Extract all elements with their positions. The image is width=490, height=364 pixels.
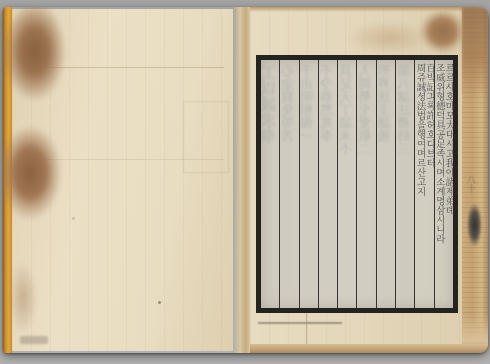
text-block: 工以誠求奉 心金寫免勞苦 千由明相㑥一 不令恭然兆奉 具足天丁諳米不 人間勢至愛… [256, 55, 458, 313]
ink-smudge [467, 203, 482, 247]
photo-background: 工以誠求奉 心金寫免勞苦 千由明相㑥一 不令恭然兆奉 具足天丁諳米不 人間勢至愛… [0, 0, 490, 364]
fox-spot [72, 217, 75, 220]
faint-transfer-text: 心金寫免勞苦 [283, 64, 296, 142]
text-column-printed: 百빅記긔록許허호디브터 周쥬誠셩法법을행여며르산고지 [415, 60, 434, 308]
edge-stain [462, 7, 488, 99]
border-ghost-line [258, 322, 342, 324]
water-stain [346, 21, 432, 55]
faint-transfer-text: 形界送圭諸後 [379, 64, 392, 142]
text-column-faint: 形界送圭諸後 [377, 60, 396, 308]
printed-text-left-line: 周쥬誠셩法법을행여며르산고지 [415, 63, 424, 308]
printed-text-left-line: 조威위형德덕具공足족시며소계명삼시니라 [435, 63, 444, 308]
text-column-faint: 千由明相㑥一 [300, 60, 319, 308]
text-column-faint: 人間勢至愛敬二 [357, 60, 376, 308]
bottom-page-edges [250, 344, 488, 353]
folio-mark: 八十 [464, 175, 477, 193]
page-edges: 八十 [462, 7, 488, 353]
faint-transfer-text: 具足天丁諳米不 [341, 64, 354, 155]
text-column-faint: 具足天丁諳米不 [338, 60, 357, 308]
water-stain [8, 259, 38, 337]
fox-spot [158, 301, 161, 304]
text-column-faint: 心金寫免勞苦 [280, 60, 299, 308]
faint-transfer-text: 第八諸法禮終三 [399, 64, 412, 155]
text-column-faint: 工以誠求奉 [261, 60, 280, 308]
pencil-inscription [20, 336, 48, 344]
show-through-mark [183, 101, 229, 173]
faint-transfer-text: 工以誠求奉 [262, 64, 278, 144]
open-book: 工以誠求奉 心金寫免勞苦 千由明相㑥一 不令恭然兆奉 具足天丁諳米不 人間勢至愛… [3, 7, 488, 353]
text-column-faint: 不令恭然兆奉 [319, 60, 338, 308]
right-page: 工以誠求奉 心金寫免勞苦 千由明相㑥一 不令恭然兆奉 具足天丁諳米不 人間勢至愛… [250, 7, 462, 353]
left-page [12, 9, 233, 351]
faint-transfer-text: 不令恭然兆奉 [322, 64, 335, 142]
water-stain [3, 125, 78, 231]
faint-transfer-text: 千由明相㑥一 [302, 64, 315, 142]
text-column-faint: 第八諸法禮終三 [396, 60, 415, 308]
faint-transfer-text: 人間勢至愛敬二 [360, 64, 373, 155]
printed-text-right-line: 르르샤호마모大대시고我아諸제弟뎨 [444, 63, 453, 308]
text-column-printed: 르르샤호마모大대시고我아諸제弟뎨 조威위형德덕具공足족시며소계명삼시니라 [435, 60, 453, 308]
